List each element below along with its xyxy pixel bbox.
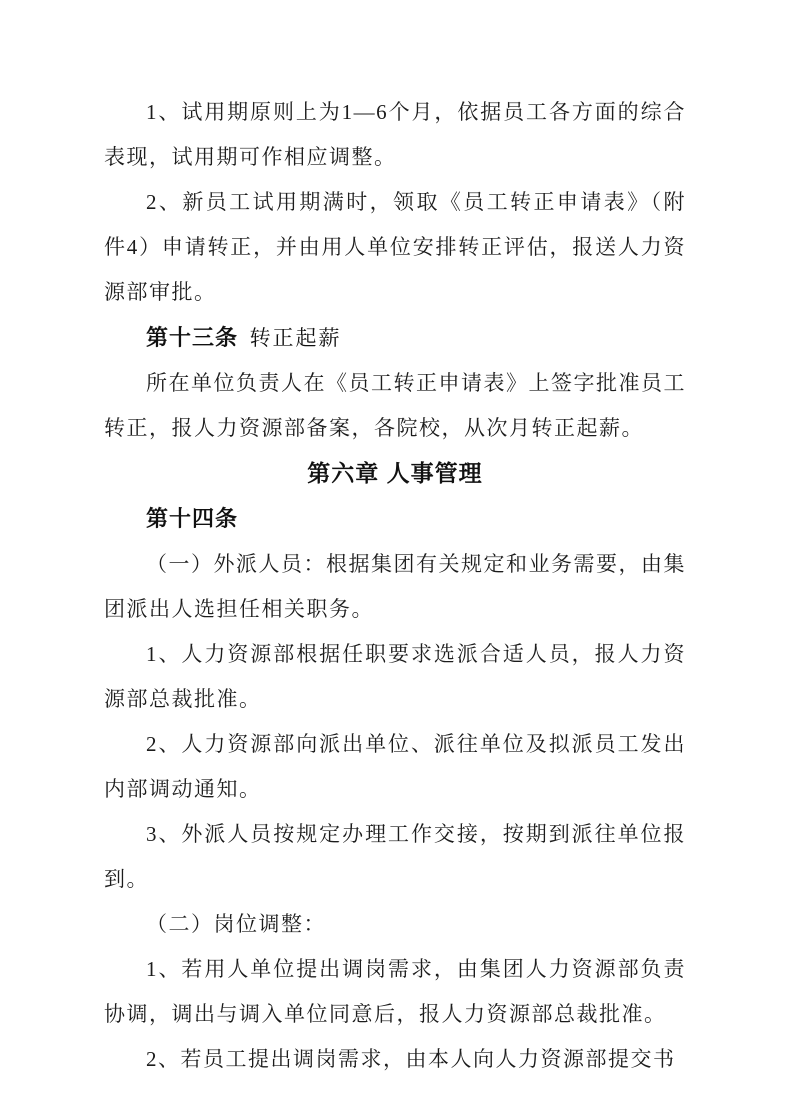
article-title: 转正起薪 xyxy=(250,326,342,350)
paragraph: 所在单位负责人在《员工转正申请表》上签字批准员工转正，报人力资源部备案，各院校，… xyxy=(104,361,686,451)
paragraph: 1、人力资源部根据任职要求选派合适人员，报人力资源部总裁批准。 xyxy=(104,632,686,722)
paragraph: 2、若员工提出调岗需求，由本人向人力资源部提交书 xyxy=(104,1037,686,1082)
paragraph: （二）岗位调整： xyxy=(104,902,686,947)
document-page: 1、试用期原则上为1—6个月，依据员工各方面的综合表现，试用期可作相应调整。2、… xyxy=(0,0,790,1118)
paragraph: 3、外派人员按规定办理工作交接，按期到派往单位报到。 xyxy=(104,812,686,902)
paragraph: 1、若用人单位提出调岗需求，由集团人力资源部负责协调，调出与调入单位同意后，报人… xyxy=(104,947,686,1037)
paragraph: 2、新员工试用期满时，领取《员工转正申请表》（附件4）申请转正，并由用人单位安排… xyxy=(104,180,686,315)
article-number: 第十三条 xyxy=(146,325,238,350)
paragraph: 2、人力资源部向派出单位、派往单位及拟派员工发出内部调动通知。 xyxy=(104,722,686,812)
paragraph: （一）外派人员：根据集团有关规定和业务需要，由集团派出人选担任相关职务。 xyxy=(104,542,686,632)
article-heading: 第十三条转正起薪 xyxy=(104,315,686,361)
chapter-heading: 第六章 人事管理 xyxy=(104,451,686,496)
article-number: 第十四条 xyxy=(146,506,238,531)
paragraph: 1、试用期原则上为1—6个月，依据员工各方面的综合表现，试用期可作相应调整。 xyxy=(104,90,686,180)
article-heading: 第十四条 xyxy=(104,496,686,542)
